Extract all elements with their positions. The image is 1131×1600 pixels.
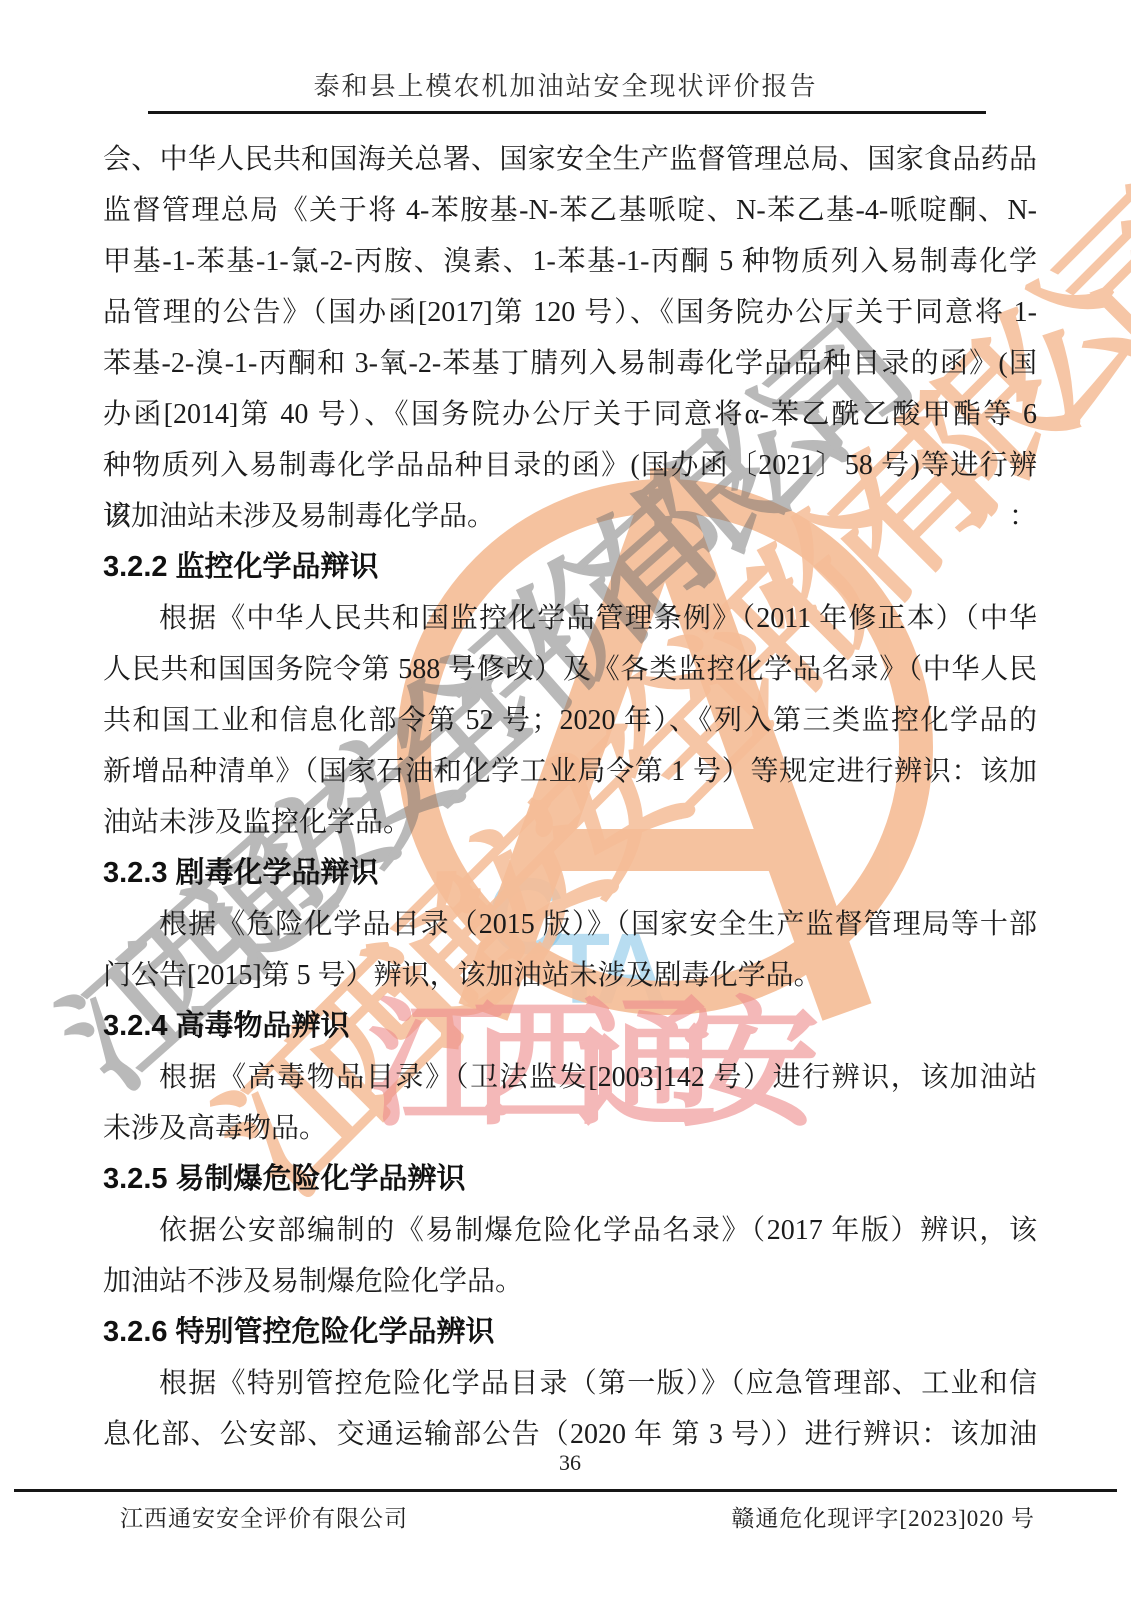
header-rule xyxy=(148,111,986,114)
section-heading: 3.2.2 监控化学品辩识 xyxy=(103,542,1037,593)
paragraph-line: 监督管理总局《关于将 4-苯胺基-N-苯乙基哌啶、N-苯乙基-4-哌啶酮、N- xyxy=(103,185,1037,236)
section-heading: 3.2.5 易制爆危险化学品辨识 xyxy=(103,1154,1037,1205)
paragraph-line: 油站未涉及监控化学品。 xyxy=(103,797,1037,848)
footer-doc-number: 赣通危化现评字[2023]020 号 xyxy=(731,1500,1035,1533)
paragraph-line: 根据《特别管控危险化学品目录（第一版）》（应急管理部、工业和信 xyxy=(103,1358,1037,1409)
document-body: 会、中华人民共和国海关总署、国家安全生产监督管理总局、国家食品药品监督管理总局《… xyxy=(103,134,1037,1460)
paragraph-line: 门公告[2015]第 5 号）辨识，该加油站未涉及剧毒化学品。 xyxy=(103,950,1037,1001)
paragraph-line: 会、中华人民共和国海关总署、国家安全生产监督管理总局、国家食品药品 xyxy=(103,134,1037,185)
section-heading: 3.2.4 高毒物品辨识 xyxy=(103,1001,1037,1052)
paragraph-line: 办函[2014]第 40 号）、《国务院办公厅关于同意将α-苯乙酰乙酸甲酯等 6 xyxy=(103,389,1037,440)
paragraph-line: 加油站不涉及易制爆危险化学品。 xyxy=(103,1256,1037,1307)
report-page: C TA 江西通安安全评价有限公司 江西通安安全评价有限公司 江西通安 泰和县上… xyxy=(0,0,1131,1600)
paragraph-line: 人民共和国国务院令第 588 号修改）及《各类监控化学品名录》（中华人民 xyxy=(103,644,1037,695)
page-number: 36 xyxy=(103,1450,1037,1476)
paragraph-line: 根据《高毒物品目录》（卫法监发[2003]142 号）进行辨识，该加油站 xyxy=(103,1052,1037,1103)
paragraph-line: 依据公安部编制的《易制爆危险化学品名录》（2017 年版）辨识，该 xyxy=(103,1205,1037,1256)
paragraph-line: 种物质列入易制毒化学品品种目录的函》(国办函〔2021〕58 号)等进行辨识： xyxy=(103,440,1037,491)
paragraph-line: 品管理的公告》（国办函[2017]第 120 号）、《国务院办公厅关于同意将 1… xyxy=(103,287,1037,338)
paragraph-line: 未涉及高毒物品。 xyxy=(103,1103,1037,1154)
footer-rule xyxy=(14,1489,1117,1492)
page-title: 泰和县上模农机加油站安全现状评价报告 xyxy=(0,66,1131,103)
section-heading: 3.2.6 特别管控危险化学品辨识 xyxy=(103,1307,1037,1358)
paragraph-line: 根据《危险化学品目录（2015 版）》（国家安全生产监督管理局等十部 xyxy=(103,899,1037,950)
section-heading: 3.2.3 剧毒化学品辩识 xyxy=(103,848,1037,899)
footer-company: 江西通安安全评价有限公司 xyxy=(120,1500,408,1533)
paragraph-line: 甲基-1-苯基-1-氯-2-丙胺、溴素、1-苯基-1-丙酮 5 种物质列入易制毒… xyxy=(103,236,1037,287)
paragraph-line: 苯基-2-溴-1-丙酮和 3-氧-2-苯基丁腈列入易制毒化学品品种目录的函》(国 xyxy=(103,338,1037,389)
paragraph-line: 共和国工业和信息化部令第 52 号；2020 年）、《列入第三类监控化学品的 xyxy=(103,695,1037,746)
paragraph-line: 新增品种清单》（国家石油和化学工业局令第 1 号）等规定进行辨识：该加 xyxy=(103,746,1037,797)
paragraph-line: 根据《中华人民共和国监控化学品管理条例》（2011 年修正本）（中华 xyxy=(103,593,1037,644)
